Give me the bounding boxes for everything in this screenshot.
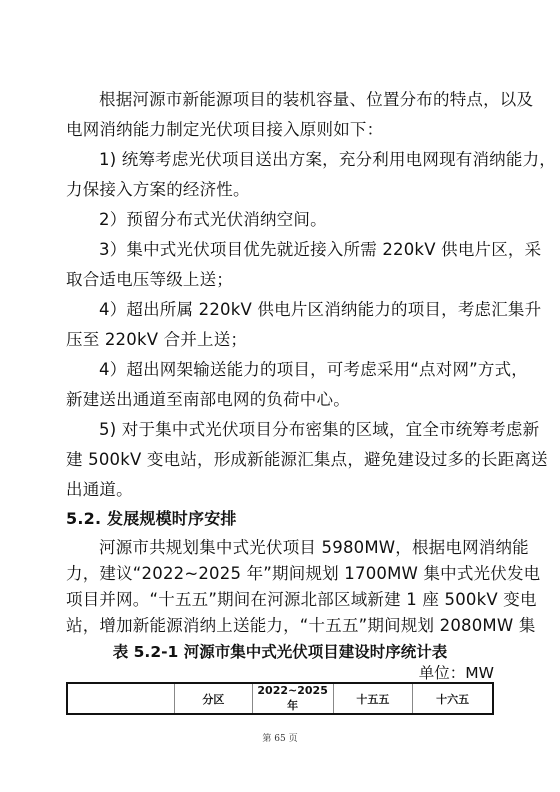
table-header-cell: 分区	[174, 683, 252, 714]
table-caption: 表 5.2-1 河源市集中式光伏项目建设时序统计表	[0, 640, 560, 662]
paragraph-line: 1) 统筹考虑光伏项目送出方案，充分利用电网现有消纳能力，	[99, 150, 529, 170]
paragraph-line: 3）集中式光伏项目优先就近接入所需 220kV 供电片区，采	[99, 240, 529, 260]
paragraph-line: 项目并网。“十五五”期间在河源北部区域新建 1 座 500kV 变电	[66, 590, 496, 610]
paragraph-line: 力保接入方案的经济性。	[66, 180, 496, 200]
paragraph-line: 根据河源市新能源项目的装机容量、位置分布的特点，以及	[99, 90, 529, 110]
paragraph-line: 2）预留分布式光伏消纳空间。	[99, 210, 529, 230]
table-header-cell	[67, 683, 174, 714]
paragraph-line: 电网消纳能力制定光伏项目接入原则如下：	[66, 120, 496, 140]
paragraph-line: 新建送出通道至南部电网的负荷中心。	[66, 390, 496, 410]
paragraph-line: 取合适电压等级上送；	[66, 270, 496, 290]
table-header-cell: 十六五	[413, 683, 493, 714]
paragraph-line: 力，建议“2022~2025 年”期间规划 1700MW 集中式光伏发电	[66, 564, 496, 584]
schedule-table: 分区 2022~2025 年 十五五 十六五	[66, 682, 494, 715]
section-heading: 5.2. 发展规模时序安排	[66, 509, 496, 529]
document-page: 根据河源市新能源项目的装机容量、位置分布的特点，以及 电网消纳能力制定光伏项目接…	[0, 0, 560, 792]
paragraph-line: 4）超出网架输送能力的项目，可考虑采用“点对网”方式，	[99, 360, 529, 380]
table-header-cell: 十五五	[333, 683, 413, 714]
paragraph-line: 站，增加新能源消纳上送能力，“十五五”期间规划 2080MW 集	[66, 616, 496, 636]
paragraph-line: 5) 对于集中式光伏项目分布密集的区域，宜全市统筹考虑新	[99, 420, 529, 440]
table-header-row: 分区 2022~2025 年 十五五 十六五	[67, 683, 493, 714]
paragraph-line: 4）超出所属 220kV 供电片区消纳能力的项目，考虑汇集升	[99, 300, 529, 320]
paragraph-line: 建 500kV 变电站，形成新能源汇集点，避免建设过多的长距离送	[66, 450, 496, 470]
table-unit: 单位：MW	[419, 661, 494, 683]
page-number: 第 65 页	[0, 731, 560, 744]
paragraph-line: 河源市共规划集中式光伏项目 5980MW，根据电网消纳能	[99, 538, 529, 558]
paragraph-line: 压至 220kV 合并上送；	[66, 330, 496, 350]
table-header-cell: 2022~2025 年	[252, 683, 333, 714]
paragraph-line: 出通道。	[66, 480, 496, 500]
